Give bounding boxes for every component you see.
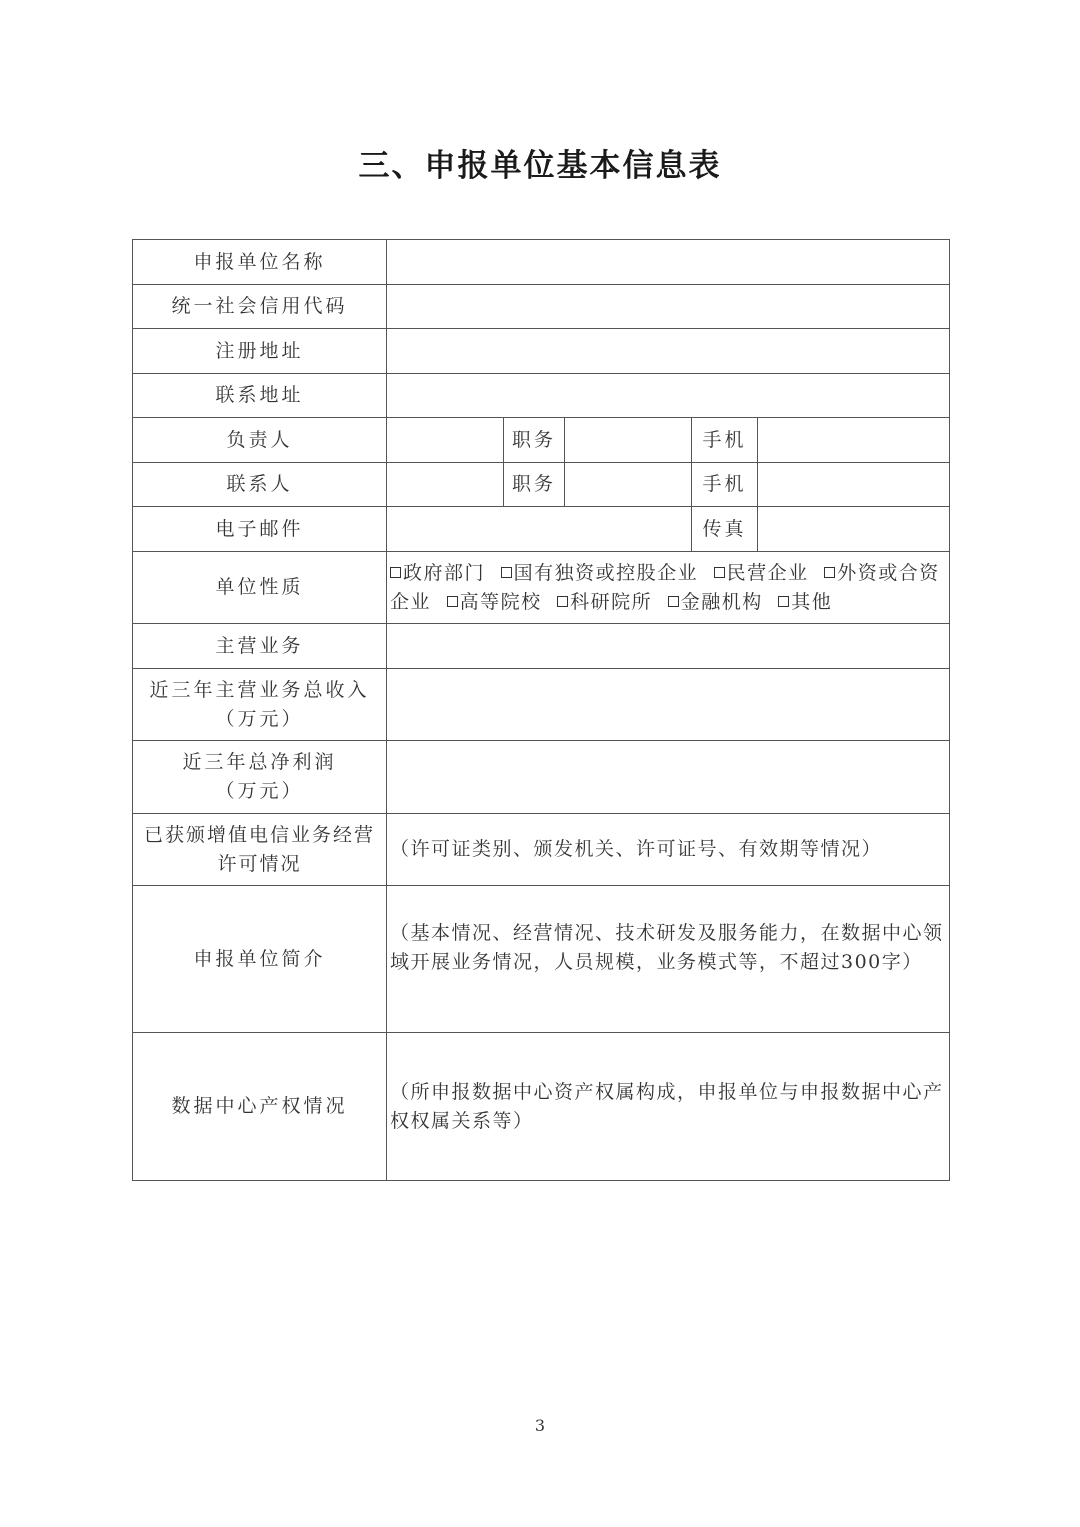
row-email: 电子邮件 传真 bbox=[133, 507, 950, 552]
email-field[interactable] bbox=[387, 507, 692, 552]
property-field[interactable]: （所申报数据中心资产权属构成，申报单位与申报数据中心产权权属关系等） bbox=[387, 1033, 950, 1181]
unit-nature-options: 政府部门 国有独资或控股企业 民营企业 外资或合资企业 高等院校 科研院所 金融… bbox=[387, 552, 950, 624]
contact-phone-label: 手机 bbox=[692, 463, 758, 507]
row-contact-person: 联系人 职务 手机 bbox=[133, 463, 950, 507]
unit-nature-label: 单位性质 bbox=[133, 552, 387, 624]
contact-position-label: 职务 bbox=[504, 463, 565, 507]
checkbox-icon[interactable] bbox=[668, 596, 679, 607]
checkbox-icon[interactable] bbox=[778, 596, 789, 607]
fax-label: 传真 bbox=[692, 507, 758, 552]
leader-phone-field[interactable] bbox=[758, 418, 950, 463]
credit-code-field[interactable] bbox=[387, 285, 950, 329]
option-other[interactable]: 其他 bbox=[778, 591, 832, 613]
checkbox-icon[interactable] bbox=[557, 596, 568, 607]
property-label: 数据中心产权情况 bbox=[133, 1033, 387, 1181]
leader-position-label: 职务 bbox=[504, 418, 565, 463]
contact-address-field[interactable] bbox=[387, 374, 950, 418]
row-main-business: 主营业务 bbox=[133, 624, 950, 669]
row-leader: 负责人 职务 手机 bbox=[133, 418, 950, 463]
row-property: 数据中心产权情况 （所申报数据中心资产权属构成，申报单位与申报数据中心产权权属关… bbox=[133, 1033, 950, 1181]
unit-name-field[interactable] bbox=[387, 240, 950, 285]
row-credit-code: 统一社会信用代码 bbox=[133, 285, 950, 329]
page-title: 三、申报单位基本信息表 bbox=[0, 140, 1080, 185]
applicant-info-table: 申报单位名称 统一社会信用代码 注册地址 联系地址 负责人 职务 手机 联系人 … bbox=[132, 239, 950, 1181]
row-contact-address: 联系地址 bbox=[133, 374, 950, 418]
credit-code-label: 统一社会信用代码 bbox=[133, 285, 387, 329]
option-finance[interactable]: 金融机构 bbox=[668, 591, 763, 613]
net-profit-field[interactable] bbox=[387, 741, 950, 814]
option-research[interactable]: 科研院所 bbox=[557, 591, 652, 613]
intro-field[interactable]: （基本情况、经营情况、技术研发及服务能力，在数据中心领域开展业务情况，人员规模，… bbox=[387, 886, 950, 1033]
intro-label: 申报单位简介 bbox=[133, 886, 387, 1033]
contact-person-field[interactable] bbox=[387, 463, 504, 507]
leader-label: 负责人 bbox=[133, 418, 387, 463]
contact-person-label: 联系人 bbox=[133, 463, 387, 507]
net-profit-label: 近三年总净利润 （万元） bbox=[133, 741, 387, 814]
main-business-field[interactable] bbox=[387, 624, 950, 669]
revenue-label: 近三年主营业务总收入 （万元） bbox=[133, 669, 387, 741]
leader-position-field[interactable] bbox=[565, 418, 692, 463]
option-state-owned[interactable]: 国有独资或控股企业 bbox=[501, 562, 699, 584]
row-unit-nature: 单位性质 政府部门 国有独资或控股企业 民营企业 外资或合资企业 高等院校 科研… bbox=[133, 552, 950, 624]
row-unit-name: 申报单位名称 bbox=[133, 240, 950, 285]
checkbox-icon[interactable] bbox=[824, 567, 835, 578]
checkbox-icon[interactable] bbox=[390, 567, 401, 578]
fax-field[interactable] bbox=[758, 507, 950, 552]
row-revenue: 近三年主营业务总收入 （万元） bbox=[133, 669, 950, 741]
main-business-label: 主营业务 bbox=[133, 624, 387, 669]
reg-address-field[interactable] bbox=[387, 329, 950, 374]
license-label: 已获颁增值电信业务经营 许可情况 bbox=[133, 814, 387, 886]
checkbox-icon[interactable] bbox=[447, 596, 458, 607]
row-net-profit: 近三年总净利润 （万元） bbox=[133, 741, 950, 814]
leader-phone-label: 手机 bbox=[692, 418, 758, 463]
option-private[interactable]: 民营企业 bbox=[714, 562, 809, 584]
row-intro: 申报单位简介 （基本情况、经营情况、技术研发及服务能力，在数据中心领域开展业务情… bbox=[133, 886, 950, 1033]
option-government[interactable]: 政府部门 bbox=[390, 562, 485, 584]
contact-phone-field[interactable] bbox=[758, 463, 950, 507]
license-field[interactable]: （许可证类别、颁发机关、许可证号、有效期等情况） bbox=[387, 814, 950, 886]
option-university[interactable]: 高等院校 bbox=[447, 591, 542, 613]
email-label: 电子邮件 bbox=[133, 507, 387, 552]
row-reg-address: 注册地址 bbox=[133, 329, 950, 374]
row-license: 已获颁增值电信业务经营 许可情况 （许可证类别、颁发机关、许可证号、有效期等情况… bbox=[133, 814, 950, 886]
page-number: 3 bbox=[0, 1416, 1080, 1435]
leader-field[interactable] bbox=[387, 418, 504, 463]
contact-position-field[interactable] bbox=[565, 463, 692, 507]
checkbox-icon[interactable] bbox=[714, 567, 725, 578]
unit-name-label: 申报单位名称 bbox=[133, 240, 387, 285]
revenue-field[interactable] bbox=[387, 669, 950, 741]
contact-address-label: 联系地址 bbox=[133, 374, 387, 418]
reg-address-label: 注册地址 bbox=[133, 329, 387, 374]
checkbox-icon[interactable] bbox=[501, 567, 512, 578]
